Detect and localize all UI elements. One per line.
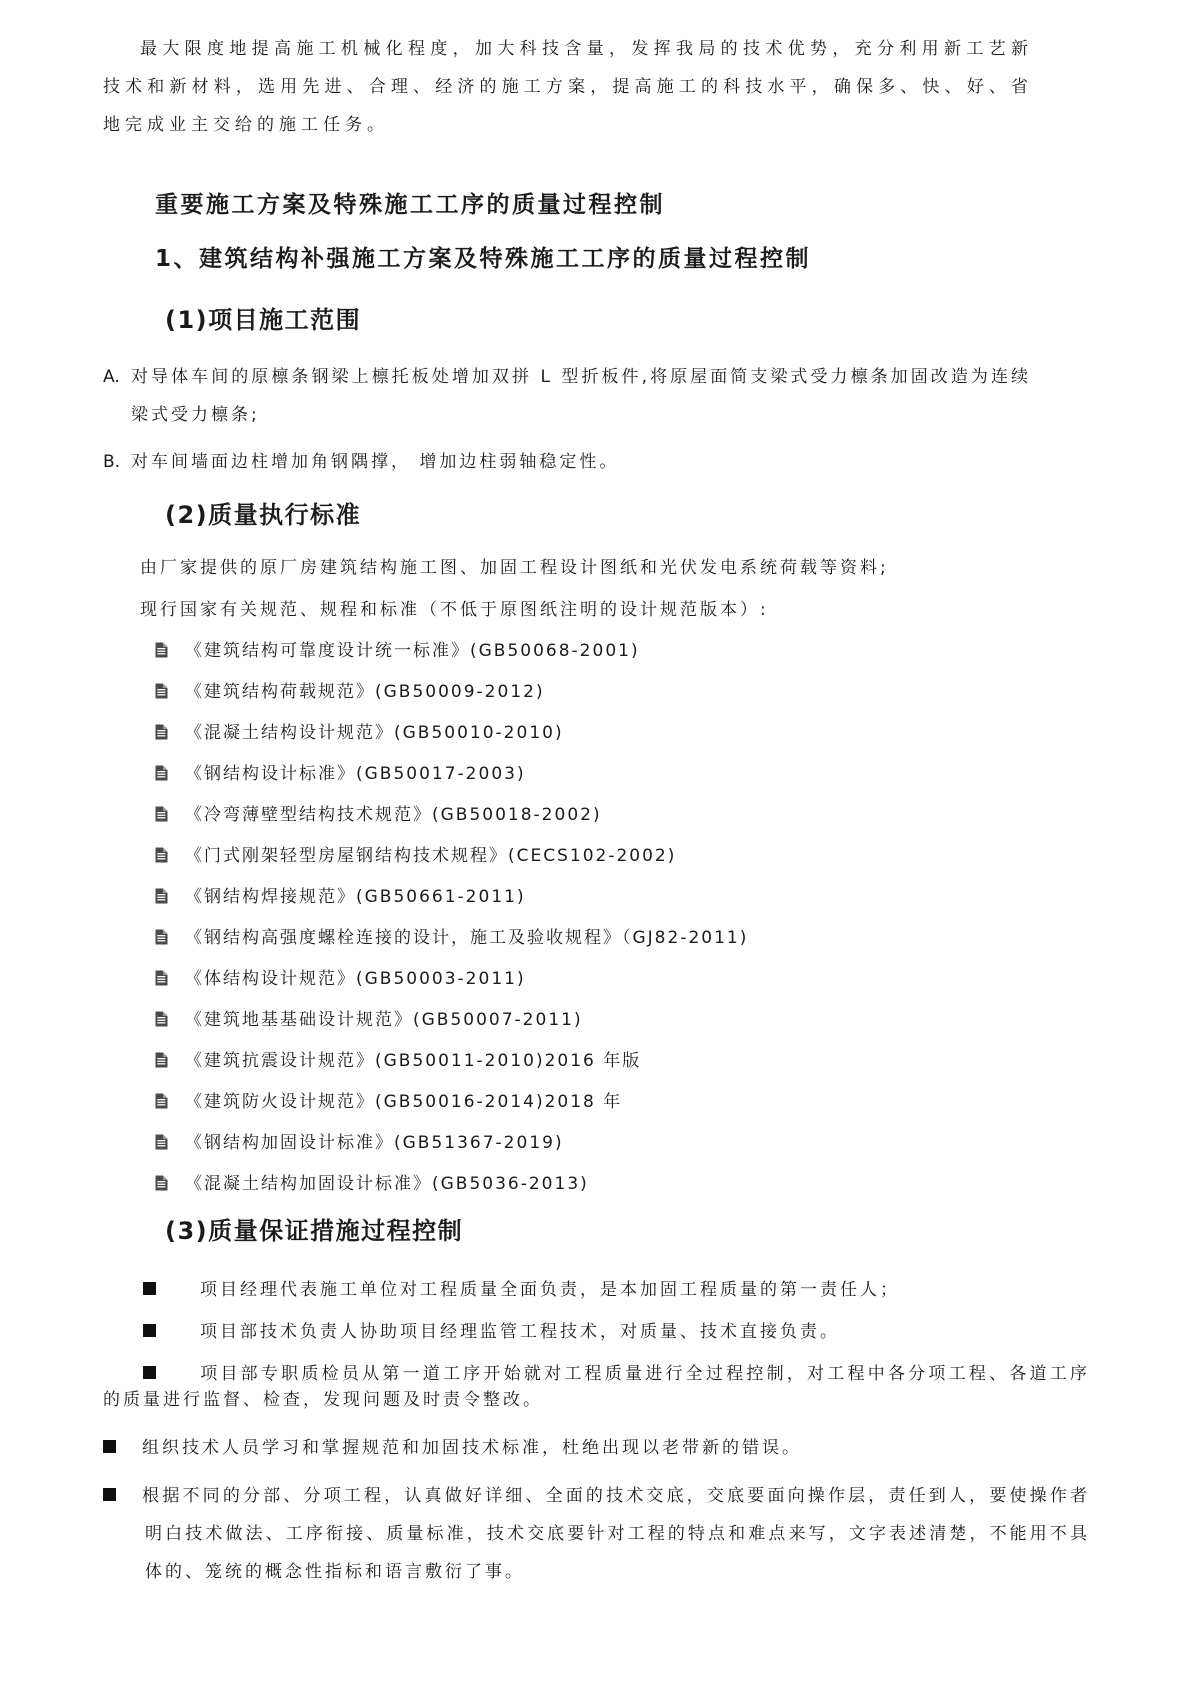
document-icon	[155, 806, 168, 822]
standard-title: 《建筑结构荷载规范》(GB50009-2012)	[185, 682, 545, 702]
standard-list-item: 《建筑抗震设计规范》(GB50011-2010)2016 年版	[155, 1041, 1090, 1082]
quality-bullet-text: 项目部技术负责人协助项目经理监管工程技术，对质量、技术直接负责。	[200, 1322, 840, 1342]
document-icon	[155, 642, 168, 658]
square-bullet-icon	[143, 1324, 156, 1337]
standards-intro-line: 现行国家有关规范、规程和标准（不低于原图纸注明的设计规范版本）:	[103, 589, 1090, 631]
standard-list-item: 《钢结构加固设计标准》(GB51367-2019)	[155, 1123, 1090, 1164]
standard-title: 《混凝土结构设计规范》(GB50010-2010)	[185, 723, 564, 743]
scope-item-b: B. 对车间墙面边柱增加角钢隅撑， 增加边柱弱轴稳定性。	[103, 443, 1090, 481]
document-icon	[155, 683, 168, 699]
intro-paragraph: 最大限度地提高施工机械化程度，加大科技含量，发挥我局的技术优势，充分利用新工艺新…	[103, 30, 1033, 144]
standard-list-item: 《建筑防火设计规范》(GB50016-2014)2018 年	[155, 1082, 1090, 1123]
quality-bullet: 根据不同的分部、分项工程，认真做好详细、全面的技术交底，交底要面向操作层，责任到…	[103, 1477, 1090, 1591]
quality-bullet: 项目部专职质检员从第一道工序开始就对工程质量进行全过程控制，对工程中各分项工程、…	[103, 1361, 1090, 1413]
standard-title: 《体结构设计规范》(GB50003-2011)	[185, 969, 526, 989]
document-icon	[155, 724, 168, 740]
scope-heading: (1)项目施工范围	[165, 304, 1090, 336]
standard-list-item: 《冷弯薄壁型结构技术规范》(GB50018-2002)	[155, 795, 1090, 836]
quality-bullet-text: 根据不同的分部、分项工程，认真做好详细、全面的技术交底，交底要面向操作层，责任到…	[142, 1486, 1090, 1582]
standards-heading: (2)质量执行标准	[165, 499, 1090, 531]
document-icon	[155, 1052, 168, 1068]
document-icon	[155, 970, 168, 986]
square-bullet-icon	[143, 1366, 156, 1379]
standard-list-item: 《钢结构设计标准》(GB50017-2003)	[155, 754, 1090, 795]
document-icon	[155, 765, 168, 781]
standard-list-item: 《建筑结构可靠度设计统一标准》(GB50068-2001)	[155, 631, 1090, 672]
standard-list-item: 《钢结构焊接规范》(GB50661-2011)	[155, 877, 1090, 918]
standard-list-item: 《门式刚架轻型房屋钢结构技术规程》(CECS102-2002)	[155, 836, 1090, 877]
standard-title: 《混凝土结构加固设计标准》(GB5036-2013)	[185, 1174, 589, 1194]
scope-item-label: B.	[103, 443, 131, 481]
document-icon	[155, 847, 168, 863]
standard-title: 《钢结构高强度螺栓连接的设计，施工及验收规程》（GJ82-2011)	[185, 928, 748, 948]
standard-title: 《冷弯薄壁型结构技术规范》(GB50018-2002)	[185, 805, 602, 825]
scope-item-label: A.	[103, 358, 131, 434]
standard-title: 《钢结构焊接规范》(GB50661-2011)	[185, 887, 526, 907]
standard-list-item: 《建筑结构荷载规范》(GB50009-2012)	[155, 672, 1090, 713]
standard-title: 《建筑地基基础设计规范》(GB50007-2011)	[185, 1010, 583, 1030]
document-icon	[155, 888, 168, 904]
document-icon	[155, 1011, 168, 1027]
document-icon	[155, 1134, 168, 1150]
standard-list-item: 《体结构设计规范》(GB50003-2011)	[155, 959, 1090, 1000]
document-page: 最大限度地提高施工机械化程度，加大科技含量，发挥我局的技术优势，充分利用新工艺新…	[0, 0, 1190, 1684]
quality-bullet-text: 项目部专职质检员从第一道工序开始就对工程质量进行全过程控制，对工程中各分项工程、…	[103, 1364, 1090, 1410]
standard-title: 《钢结构加固设计标准》(GB51367-2019)	[185, 1133, 564, 1153]
square-bullet-icon	[103, 1440, 116, 1453]
document-icon	[155, 929, 168, 945]
square-bullet-icon	[143, 1282, 156, 1295]
standard-title: 《钢结构设计标准》(GB50017-2003)	[185, 764, 526, 784]
quality-bullet: 项目经理代表施工单位对工程质量全面负责，是本加固工程质量的第一责任人；	[103, 1277, 1090, 1303]
standard-list-item: 《钢结构高强度螺栓连接的设计，施工及验收规程》（GJ82-2011)	[155, 918, 1090, 959]
document-icon	[155, 1093, 168, 1109]
standards-list: 《建筑结构可靠度设计统一标准》(GB50068-2001) 《建筑结构荷载规范》…	[103, 631, 1090, 1205]
quality-bullet-text: 组织技术人员学习和掌握规范和加固技术标准，杜绝出现以老带新的错误。	[142, 1438, 802, 1458]
quality-heading: (3)质量保证措施过程控制	[165, 1215, 1090, 1247]
scope-item-text: 对车间墙面边柱增加角钢隅撑， 增加边柱弱轴稳定性。	[131, 443, 1031, 481]
scope-item-text: 对导体车间的原檩条钢梁上檩托板处增加双拼 L 型折板件,将原屋面简支梁式受力檩条…	[131, 358, 1031, 434]
quality-bullet: 组织技术人员学习和掌握规范和加固技术标准，杜绝出现以老带新的错误。	[103, 1429, 1090, 1467]
quality-bullet: 项目部技术负责人协助项目经理监管工程技术，对质量、技术直接负责。	[103, 1319, 1090, 1345]
document-icon	[155, 1175, 168, 1191]
standard-title: 《建筑抗震设计规范》(GB50011-2010)2016 年版	[185, 1051, 641, 1071]
standard-list-item: 《混凝土结构设计规范》(GB50010-2010)	[155, 713, 1090, 754]
standard-title: 《门式刚架轻型房屋钢结构技术规程》(CECS102-2002)	[185, 846, 676, 866]
standard-list-item: 《混凝土结构加固设计标准》(GB5036-2013)	[155, 1164, 1090, 1205]
standard-title: 《建筑防火设计规范》(GB50016-2014)2018 年	[185, 1092, 622, 1112]
section-title: 重要施工方案及特殊施工工序的质量过程控制	[155, 190, 1090, 220]
quality-bullet-text: 项目经理代表施工单位对工程质量全面负责，是本加固工程质量的第一责任人；	[200, 1280, 900, 1300]
standards-intro-line: 由厂家提供的原厂房建筑结构施工图、加固工程设计图纸和光伏发电系统荷载等资料;	[103, 547, 1090, 589]
subsection-title: 1、建筑结构补强施工方案及特殊施工工序的质量过程控制	[155, 244, 1090, 274]
square-bullet-icon	[103, 1488, 116, 1501]
scope-item-a: A. 对导体车间的原檩条钢梁上檩托板处增加双拼 L 型折板件,将原屋面简支梁式受…	[103, 358, 1090, 434]
standard-list-item: 《建筑地基基础设计规范》(GB50007-2011)	[155, 1000, 1090, 1041]
standard-title: 《建筑结构可靠度设计统一标准》(GB50068-2001)	[185, 641, 640, 661]
